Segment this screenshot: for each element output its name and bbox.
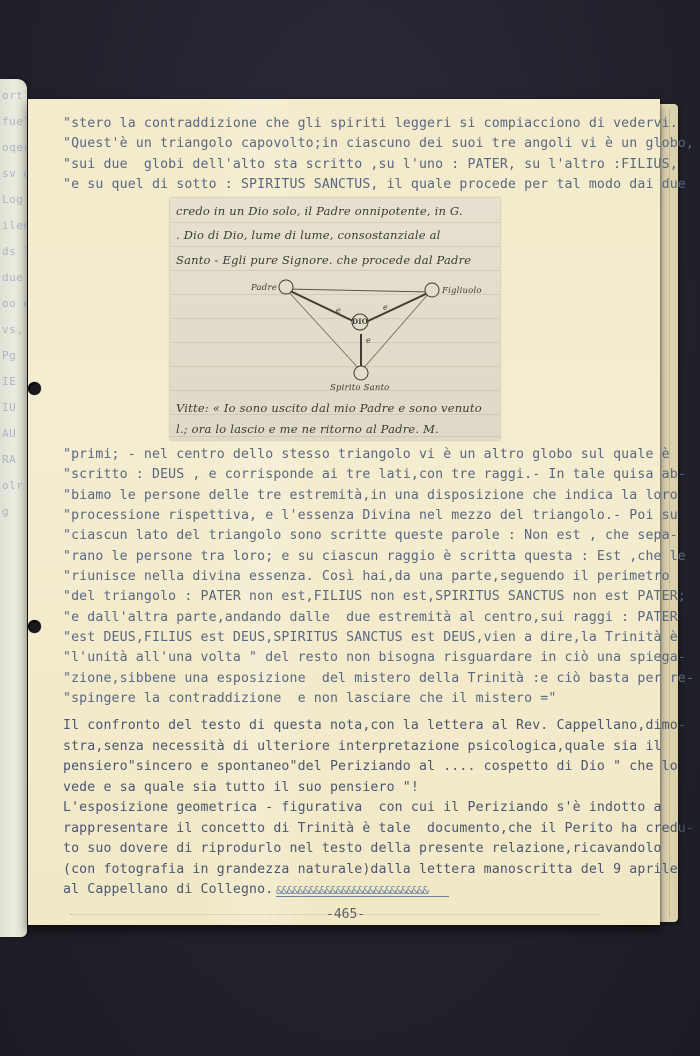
ray-label: e [366, 336, 371, 345]
typed-line: L'esposizione geometrica - figurativa co… [63, 800, 662, 816]
ghost-text: due [2, 271, 26, 284]
typed-line: rappresentare il concetto di Trinità è t… [63, 821, 694, 837]
ghost-text: g [2, 505, 26, 518]
ray-label: e [383, 303, 388, 312]
ghost-text: oo e [2, 297, 26, 310]
typed-line: "est DEUS,FILIUS est DEUS,SPIRITUS SANCT… [63, 630, 678, 646]
diagram-label-dio: DIO [352, 317, 368, 326]
punch-hole-icon [28, 382, 41, 395]
handwritten-line: Vitte: « Io sono uscito dal mio Padre e … [176, 401, 482, 415]
ghost-text: Log [2, 193, 26, 206]
left-adjacent-page: ortly fuel oqer sv as Log ilen ds 18 due… [0, 79, 27, 937]
diagram-label-figliuolo: Figliuolo [442, 286, 482, 296]
letter-photograph: credo in un Dio solo, il Padre onnipoten… [170, 198, 500, 440]
punch-hole-icon [28, 620, 41, 633]
diagram-label-padre: Padre [251, 283, 277, 293]
ghost-text: IE [2, 375, 26, 388]
ghost-text: oqer [2, 141, 26, 154]
typed-line: Il confronto del testo di questa nota,co… [63, 718, 686, 734]
typed-line: "biamo le persone delle tre estremità,in… [63, 488, 678, 504]
ghost-text: olr [2, 479, 26, 492]
typed-line: "scritto : DEUS , e corrisponde ai tre l… [63, 467, 686, 483]
ghost-text: ilen [2, 219, 26, 232]
ghost-text: AU [2, 427, 26, 440]
typed-line: "l'unità all'una volta " del resto non b… [63, 650, 686, 666]
typed-line: vede e sa quale sia tutto il suo pensier… [63, 780, 419, 796]
typed-line: "ciascun lato del triangolo sono scritte… [63, 528, 678, 544]
ghost-text: sv as [2, 167, 26, 180]
ghost-text: fuel [2, 115, 26, 128]
typed-line: "stero la contraddizione che gli spiriti… [63, 116, 678, 132]
decorative-underline [276, 896, 449, 897]
ghost-text: IU [2, 401, 26, 414]
typed-line: "primi; - nel centro dello stesso triang… [63, 447, 670, 463]
typed-line: "processione rispettiva, e l'essenza Div… [63, 508, 678, 524]
ghost-text: ds 18 [2, 245, 26, 258]
typed-line: to suo dovere di riprodurlo nel testo de… [63, 841, 662, 857]
ghost-text: vs, [2, 323, 26, 336]
page-number: -465- [326, 907, 365, 922]
typed-line: "e su quel di sotto : SPIRITUS SANCTUS, … [63, 177, 686, 193]
typed-line: stra,senza necessità di ulteriore interp… [63, 739, 662, 755]
typed-line: "rano le persone tra loro; e su ciascun … [63, 549, 686, 565]
diagram-label-spirito-santo: Spirito Santo [330, 383, 390, 393]
handwritten-line: l.; ora lo lascio e me ne ritorno al Pad… [176, 422, 439, 436]
typed-line: pensiero"sincero e spontaneo"del Perizia… [63, 759, 678, 775]
ray-label: e [336, 306, 341, 315]
typed-line: "Quest'è un triangolo capovolto;in ciasc… [63, 136, 694, 152]
typed-line: "zione,sibbene una esposizione del miste… [63, 671, 694, 687]
ghost-text: Pg [2, 349, 26, 362]
typed-line: (con fotografia in grandezza naturale)da… [63, 862, 678, 878]
typed-line: "e dall'altra parte,andando dalle due es… [63, 610, 678, 626]
ghost-text: RA [2, 453, 26, 466]
typed-line: "sui due globi dell'alto sta scritto ,su… [63, 157, 678, 173]
typed-line: al Cappellano di Collegno. [63, 882, 273, 898]
typed-line: "del triangolo : PATER non est,FILIUS no… [63, 589, 686, 605]
ghost-text: ortly [2, 89, 26, 102]
typed-line: "riunisce nella divina essenza. Così hai… [63, 569, 670, 585]
typed-line: "spingere la contraddizione e non lascia… [63, 691, 556, 707]
